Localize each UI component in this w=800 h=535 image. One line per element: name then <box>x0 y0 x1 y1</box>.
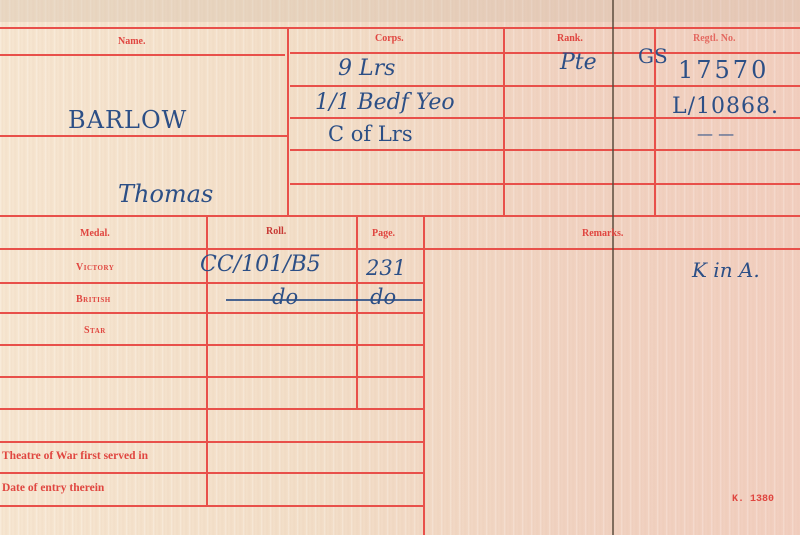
medal-star-label: Star <box>84 325 106 336</box>
surname: BARLOW <box>68 106 187 134</box>
rule <box>0 215 800 217</box>
rank-value: Pte <box>560 50 597 75</box>
victory-page: 231 <box>366 256 406 280</box>
rule <box>356 216 358 408</box>
rule <box>503 28 505 216</box>
rule <box>0 376 423 378</box>
corps-line-1: 9 Lrs <box>338 56 395 81</box>
roll-header: Roll. <box>266 226 286 237</box>
rule <box>0 282 423 284</box>
rule <box>0 441 423 443</box>
medal-victory-label: Victory <box>76 262 114 273</box>
regt-number-2: L/10868. <box>672 94 779 119</box>
medal-british-label: British <box>76 294 111 305</box>
rule <box>0 135 287 137</box>
rule <box>287 28 289 216</box>
british-page: do <box>370 285 396 309</box>
card-fold-line <box>612 0 614 535</box>
corps-line-2: 1/1 Bedf Yeo <box>315 90 455 115</box>
page-header: Page. <box>372 228 395 239</box>
rule <box>290 52 800 54</box>
remarks-header: Remarks. <box>582 228 623 239</box>
rule <box>0 248 800 250</box>
regt-number-1: 17570 <box>678 56 769 84</box>
rule <box>290 183 800 185</box>
forename: Thomas <box>118 180 213 208</box>
rule <box>0 505 423 507</box>
corps-line-3: C of Lrs <box>328 122 413 146</box>
rule <box>290 85 800 87</box>
rule <box>290 149 800 151</box>
rule <box>423 216 425 535</box>
card-top-edge <box>0 0 800 22</box>
british-roll: do <box>272 285 298 309</box>
corps-label: Corps. <box>375 33 404 44</box>
date-label: Date of entry therein <box>2 482 104 494</box>
regt-dash: — — <box>697 124 734 143</box>
rule <box>0 344 423 346</box>
rule <box>0 27 800 29</box>
theatre-label: Theatre of War first served in <box>2 450 148 462</box>
name-label: Name. <box>118 36 146 47</box>
remarks-value: K in A. <box>692 258 760 282</box>
rule <box>0 54 285 56</box>
regt-prefix: GS <box>638 44 668 68</box>
regt-no-label: Regtl. No. <box>693 33 736 44</box>
rule <box>0 408 423 410</box>
form-number: K. 1380 <box>732 494 774 505</box>
victory-roll: CC/101/B5 <box>200 252 321 277</box>
rule <box>0 472 423 474</box>
rank-label: Rank. <box>557 33 583 44</box>
rule <box>0 312 423 314</box>
ditto-stroke <box>226 299 422 301</box>
medal-header: Medal. <box>80 228 110 239</box>
medal-index-card: Name. Corps. Rank. Regtl. No. BARLOW Tho… <box>0 0 800 535</box>
